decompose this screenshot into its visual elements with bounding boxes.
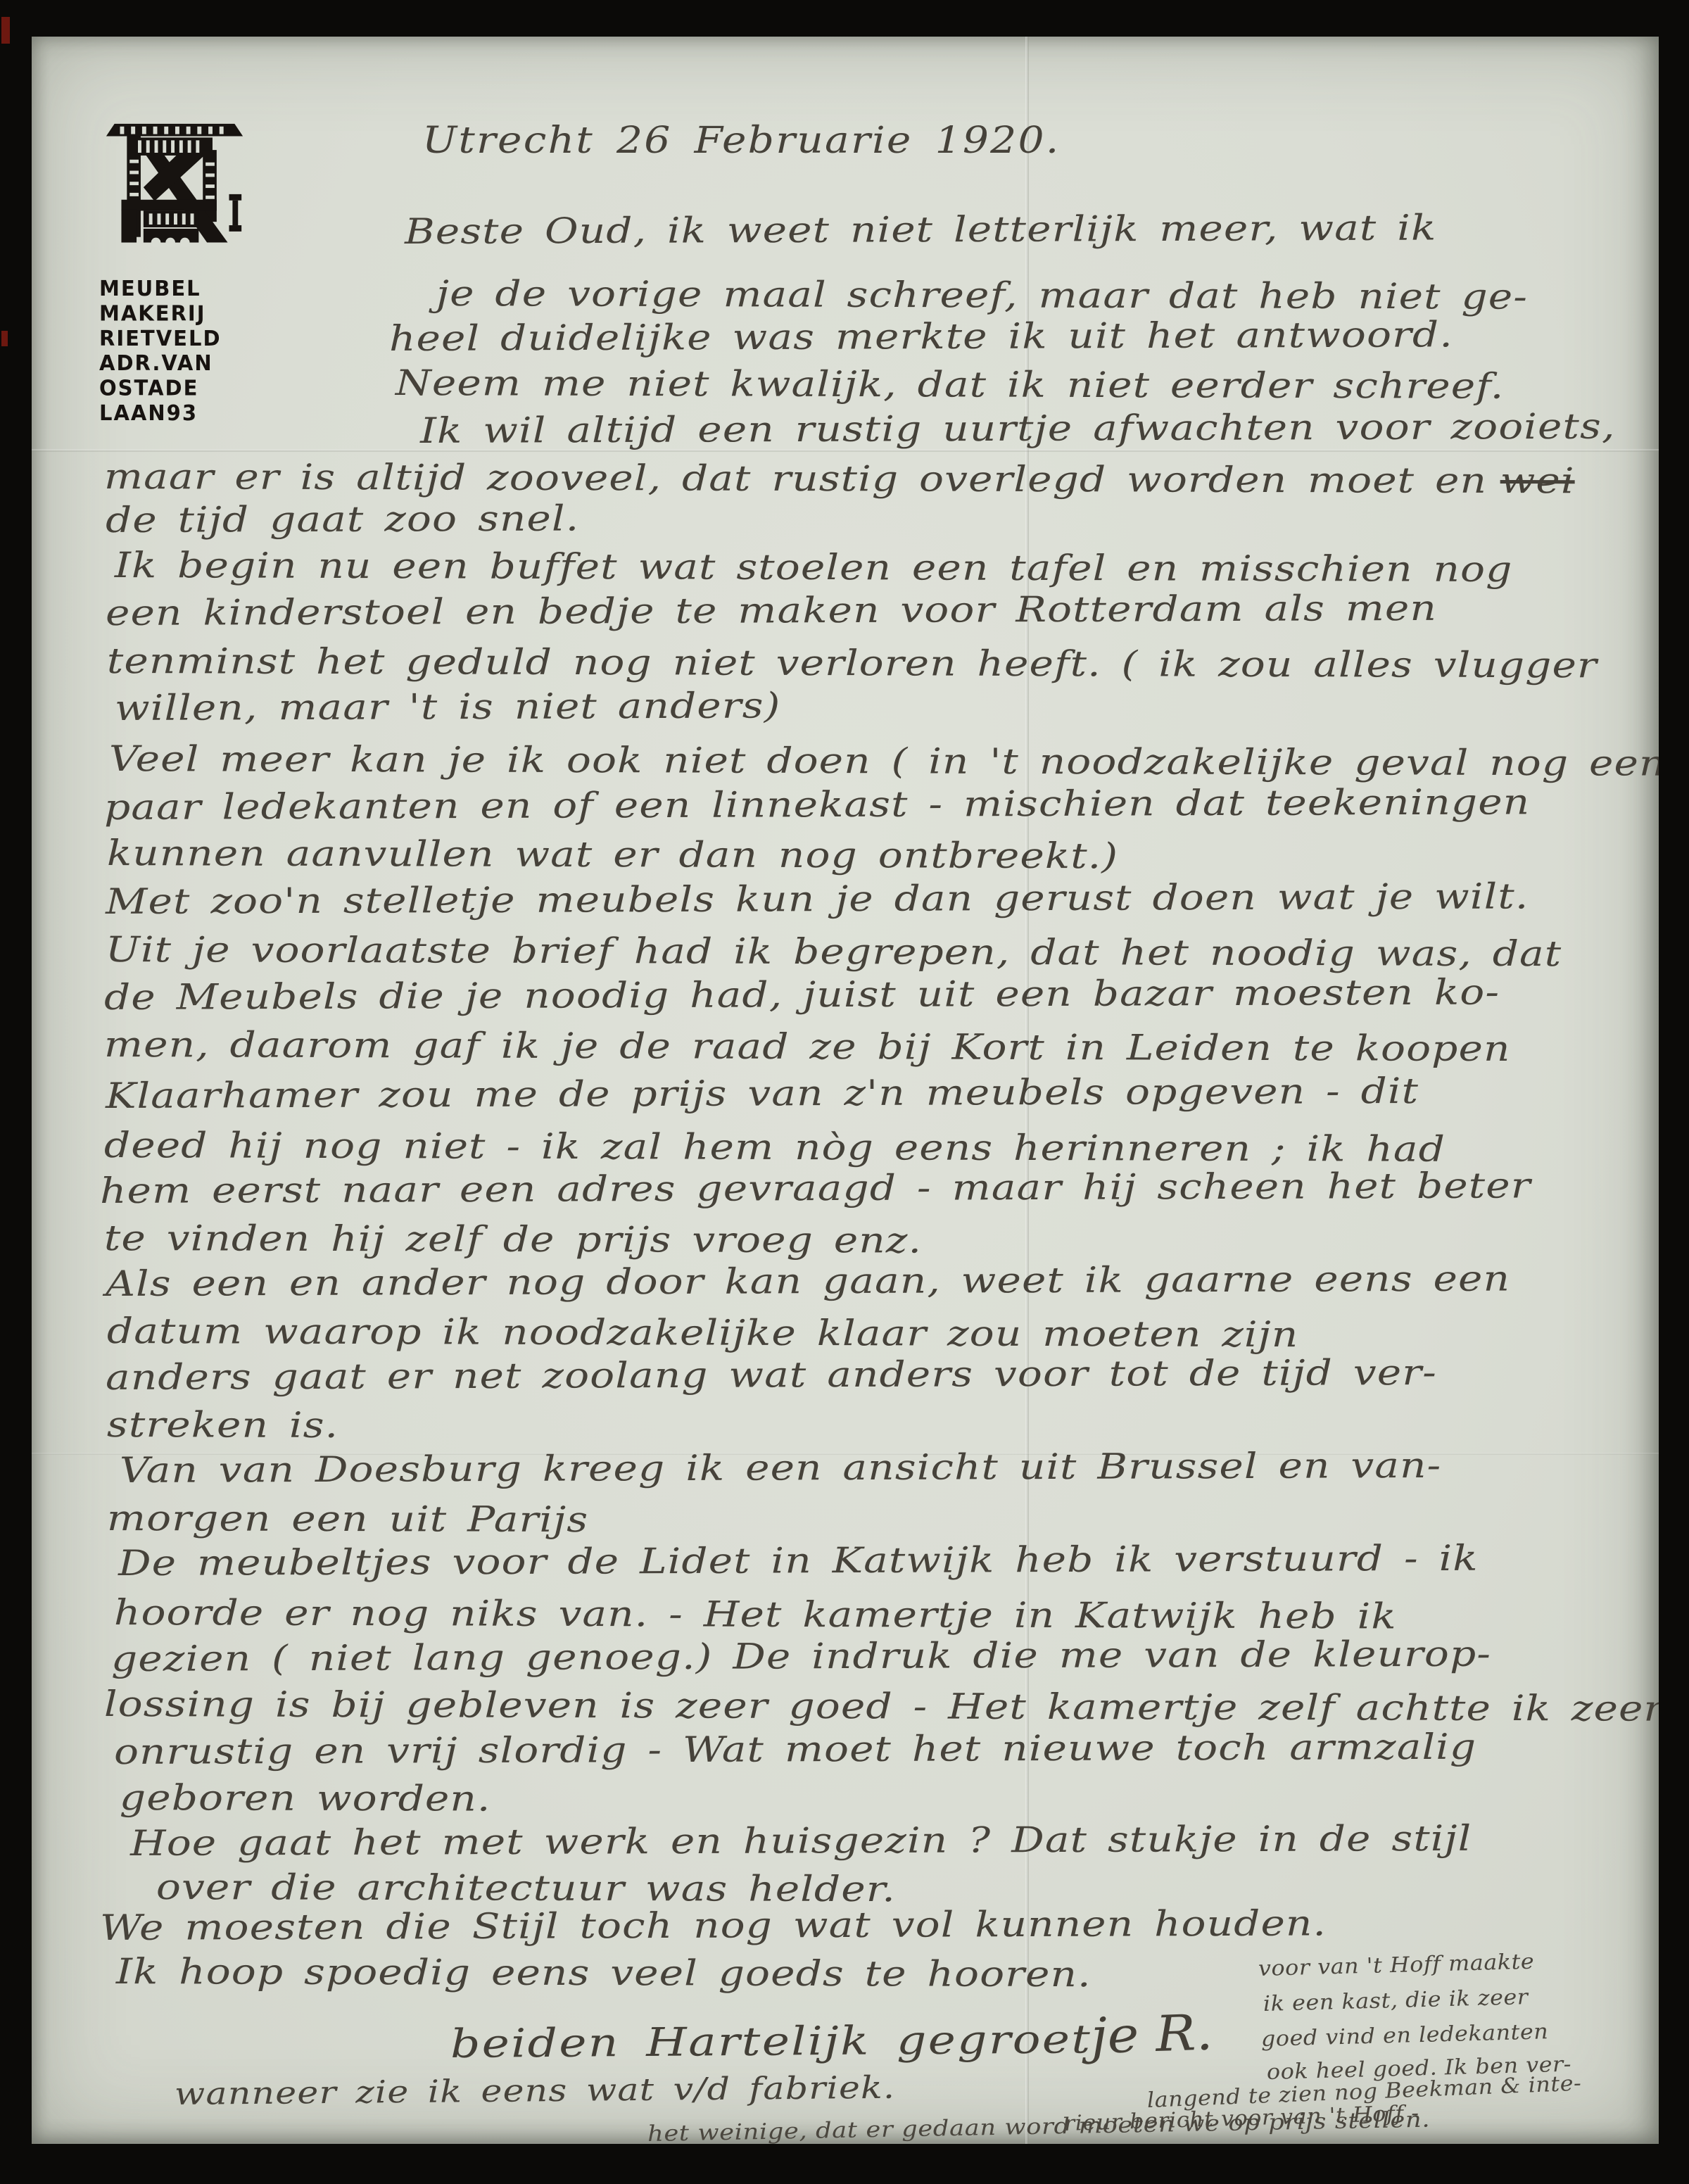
letter-line: geboren worden. [120,1777,491,1819]
letter-line: onrustig en vrij slordig - Wat moet het … [114,1727,1476,1772]
letter-date: Utrecht 26 Februarie 1920. [422,120,1061,162]
letter-signature: je R. [1089,2003,1213,2065]
letter-line: Beste Oud, ik weet niet letterlijk meer,… [405,207,1437,252]
letter-line: heel duidelijke was merkte ik uit het an… [389,314,1453,359]
letter-line: tenminst het geduld nog niet verloren he… [107,640,1598,686]
letter-line: Met zoo'n stelletje meubels kun je dan g… [106,876,1529,922]
letter-line: een kinderstoel en bedje te maken voor R… [106,588,1437,633]
letter-postscript: wanneer zie ik eens wat v/d fabriek. [175,2070,896,2112]
letter-line: hoorde er nog niks van. - Het kamertje i… [114,1592,1397,1636]
letter-line: over die architectuur was helder. [156,1867,896,1910]
letter-line: streken is. [107,1404,339,1446]
letterhead-text-row: MAKERIJ [99,301,257,325]
letter-line: Ik begin nu een buffet wat stoelen een t… [115,545,1513,590]
margin-note-line: goed vind en ledekanten [1260,2019,1548,2052]
letter-line: Uit je voorlaatste brief had ik begrepen… [106,929,1562,974]
letterhead-text-row: LAAN93 [99,400,257,425]
letter-line: je de vorige maal schreef, maar dat heb … [436,273,1528,317]
bottom-note: het weinige, dat er gedaan word moeten w… [647,2107,1431,2144]
letter-line: Ik wil altijd een rustig uurtje afwachte… [420,406,1616,451]
letter-line: maar er is altijd zooveel, dat rustig ov… [104,456,1575,501]
letter-line: anders gaat er net zoolang wat anders vo… [106,1352,1437,1398]
letter-sheet: MEUBEL MAKERIJ RIETVELD ADR.VAN OSTADE L… [32,37,1659,2144]
letter-line: Hoe gaat het met werk en huisgezin ? Dat… [130,1818,1472,1864]
letterhead-text-row: MEUBEL [99,276,257,301]
letter-line: willen, maar 't is niet anders) [115,685,781,728]
letter-line: datum waarop ik noodzakelijke klaar zou … [107,1311,1299,1355]
letter-line: Neem me niet kwalijk, dat ik niet eerder… [396,362,1505,407]
scan-frame: MEUBEL MAKERIJ RIETVELD ADR.VAN OSTADE L… [0,0,1689,2184]
letter-line: hem eerst naar een adres gevraagd - maar… [100,1165,1531,1211]
letter-line: de tijd gaat zoo snel. [106,498,580,541]
letterhead-text-row: OSTADE [99,375,257,400]
letter-line: men, daarom gaf ik je de raad ze bij Kor… [104,1024,1511,1069]
letter-line: kunnen aanvullen wat er dan nog ontbreek… [107,833,1118,876]
letter-line: Van van Doesburg kreeg ik een ansicht ui… [120,1445,1442,1491]
red-edge-mark [1,17,10,44]
letter-line-text: maar er is altijd zooveel, dat rustig ov… [104,456,1487,501]
letter-line: Als een en ander nog door kan gaan, weet… [106,1258,1510,1304]
letter-closing: beiden Hartelijk gegroet [450,2016,1092,2067]
rietveld-chair-icon [102,107,247,273]
margin-note-line: voor van 't Hoff maakte [1258,1950,1534,1981]
letter-line: gezien ( niet lang genoeg.) De indruk di… [111,1634,1491,1679]
letter-line: De meubeltjes voor de Lidet in Katwijk h… [118,1538,1479,1584]
letter-line: de Meubels die je noodig had, juist uit … [104,972,1500,1018]
letterhead-text: MEUBEL MAKERIJ RIETVELD ADR.VAN OSTADE L… [99,276,257,425]
letter-line: We moesten die Stijl toch nog wat vol ku… [100,1902,1327,1948]
letter-line: te vinden hij zelf de prijs vroeg enz. [104,1218,922,1261]
letter-line: deed hij nog niet - ik zal hem nòg eens … [104,1125,1446,1170]
red-edge-mark [1,331,8,346]
letterhead-text-row: ADR.VAN [99,351,257,375]
margin-note-line: ik een kast, die ik zeer [1263,1985,1529,2016]
letter-line: morgen een uit Parijs [107,1498,588,1540]
struck-word: wei [1500,460,1575,501]
letterhead-logo: MEUBEL MAKERIJ RIETVELD ADR.VAN OSTADE L… [99,107,257,419]
letter-line: Veel meer kan je ik ook niet doen ( in '… [109,738,1659,784]
letterhead-text-row: RIETVELD [99,326,257,351]
letter-line: Ik hoop spoedig eens veel goeds te hoore… [116,1951,1092,1995]
letter-line: paar ledekanten en of een linnekast - mi… [104,781,1531,828]
letter-line: Klaarhamer zou me de prijs van z'n meube… [106,1071,1419,1116]
letter-line: lossing is bij gebleven is zeer goed - H… [104,1684,1659,1729]
